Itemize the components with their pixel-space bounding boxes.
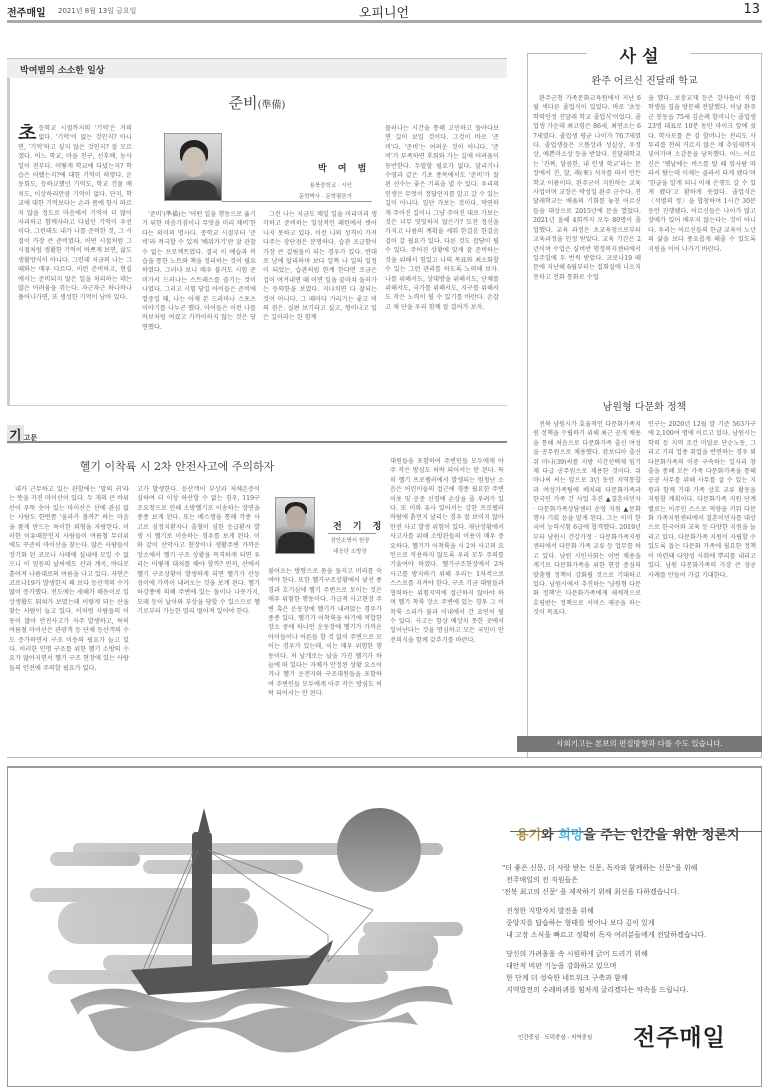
editorial-disclaimer: 사외기고는 본보의 편집방향과 다를 수도 있습니다. bbox=[517, 736, 762, 752]
editorial-1-column-2: 을 했다. 보충교재 등은 강사들이 직접 학생들 집을 방문해 전달했다. 이… bbox=[648, 94, 756, 386]
editorial-title-2: 남원형 다문화 정책 bbox=[527, 398, 762, 413]
section-rule bbox=[7, 757, 762, 758]
ship-illustration bbox=[8, 790, 478, 1080]
contributor-name: 전 기 정 bbox=[333, 519, 385, 532]
sun bbox=[337, 808, 421, 892]
essay-author-name: 박 여 범 bbox=[318, 161, 370, 174]
dropcap: 초 bbox=[18, 124, 36, 142]
contribution-column-4: 대원들을 포함하여 주변인들 모두에게 아주 작은 방심도 허락 되어서는 안 … bbox=[390, 457, 504, 755]
essay-series-title: 박여범의 소소한 일상 bbox=[20, 63, 105, 76]
essay-column-4: 물러나는 시간을 통해 고민하고 돌아다보면 길이 보일 것이다. 그것이 바로… bbox=[385, 124, 499, 404]
essay-column-1: 초등학교 시절까지의 '기억'은 거의 없다. '기억'이 없는 것인지? 아니… bbox=[18, 124, 132, 404]
author-photo bbox=[164, 133, 222, 201]
editorial-2-column-2: 인구는 2020년 12월 말 기준 563가구에 2,100여 명에 이르고 … bbox=[648, 420, 756, 730]
byline-rule bbox=[222, 201, 372, 202]
contributor-rule bbox=[328, 533, 376, 534]
contribution-column-1: 내가 근무하고 있는 관할에는 '말의 귀'라는 뜻을 가진 마이산이 있다. … bbox=[9, 485, 129, 755]
editorial-box-top-left bbox=[527, 53, 587, 54]
ad-slogan: 인간중심 · 도덕중심 · 지역중심 bbox=[518, 1033, 592, 1041]
editorial-title-1: 완주 어르신 진달래 학교 bbox=[527, 72, 762, 87]
ad-headline: 용기와 희망을 주는 인간을 위한 정론지 bbox=[516, 824, 740, 843]
contribution-column-2: 고가 발생한다. 등산객이 부상과 저체온증이 심하여 더 이상 하산할 수 없… bbox=[137, 485, 260, 755]
editorial-1-column-1: 완주군청 가족문화교육원에서 지난 6월 색다른 졸업식이 있었다. 바로 '초… bbox=[533, 94, 641, 386]
editorial-header: 사 설 bbox=[590, 42, 688, 67]
essay-column-3: 그런 나는 지금도 매일 일을 미리미리 생각하고 준비하는 일상적인 패턴에서… bbox=[263, 210, 377, 404]
essay-title: 준비(準備) bbox=[7, 92, 507, 113]
contribution-rule bbox=[7, 441, 507, 443]
masthead-rule bbox=[7, 20, 762, 23]
contribution-column-3: 불어오는 방향으로 몸을 돌지고 머리를 숙여야 한다. 또한 헬기구조상황에서… bbox=[268, 567, 382, 755]
section-title: 오피니언 bbox=[0, 2, 768, 21]
essay-series-bar: 박여범의 소소한 일상 bbox=[7, 58, 507, 78]
essay-author-role: 용북중학교 · 시인 문학박사 · 문학평론가 bbox=[272, 181, 352, 203]
ad-rule bbox=[510, 831, 762, 832]
editorial-box-top-right bbox=[690, 53, 762, 54]
ad-paragraph-2: 진정한 지방자치 발전을 위해 중앙지를 답습하는 형태를 벗어나 보다 깊이 … bbox=[506, 905, 706, 941]
contribution-title: 헬기 이착륙 시 2차 안전사고에 주의하자 bbox=[7, 458, 347, 474]
ad-paragraph-1: "더 좋은 신문, 더 사랑 받는 신문, 독자와 함께하는 신문"을 위해 전… bbox=[502, 862, 697, 898]
ad-paragraph-3: 당신의 가려움을 속 시원하게 긁어 드리기 위해 대안적 비판 기능을 강화하… bbox=[506, 948, 688, 996]
waves bbox=[70, 986, 453, 1053]
page-number: 13 bbox=[743, 2, 760, 17]
contributor-role: 장안소방서 원장 대응단 소방장 bbox=[320, 536, 380, 558]
editorial-2-column-1: 전북 남원시가 효율적인 다문화가족지원 정책을 수립하기 위해 최근 공개 채… bbox=[533, 420, 641, 730]
ad-logo: 전주매일 bbox=[633, 1019, 726, 1052]
contributor-photo bbox=[275, 497, 315, 554]
essay-column-2: '준비'(準備)는 '어떤 일을 행동으로 옮기기 위한 마음가짐이나 무엇을 … bbox=[142, 210, 256, 404]
